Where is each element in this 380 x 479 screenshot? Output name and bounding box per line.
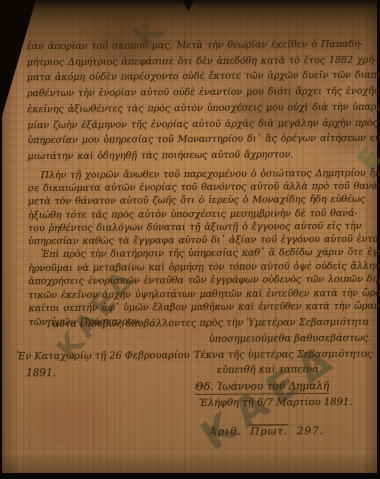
signature: Θδ. Ἰωάννου τοῦ Δημαλῆ (195, 380, 329, 395)
dateline-year: 1891. (26, 367, 56, 379)
received-note: Ἐλήφθη τῇ 6/7 Μαρτίου 1891. (199, 397, 352, 409)
scanned-letter-page: ΚΑΕΔ ΚΑΕΔ Κ Ε ἐὰν ἀπορίαν τοῦ σκοποῦ μας… (0, 0, 380, 479)
protocol-label: Ἀριθ. (209, 426, 242, 438)
body-line: μιωτάτην καὶ ὁδηγηθῇ τὰς ποιήσεως αὐτοῦ … (27, 146, 380, 164)
paragraph: ἐὰν ἀπορίαν τοῦ σκοποῦ μας. Μετὰ τὴν θεω… (27, 37, 380, 165)
addressee-line: εὐπειθῆ καὶ ταπεινὰ (217, 364, 319, 376)
protocol-value: 297. (297, 425, 324, 437)
letter-body: ἐὰν ἀπορίαν τοῦ σκοποῦ μας. Μετὰ τὴν θεω… (27, 37, 380, 330)
closing-submit-line: Ταῦτα εὐσεβῶς ὑποβάλλοντες πρὸς τὴν Ὑμετ… (46, 317, 370, 330)
body-line: ὑπηρεσίαν μου ὑπηρεσίας τοῦ Μοναστηρίου … (27, 131, 380, 149)
paragraph: Πλὴν τῇ χοιρῶν ἄνωθεν τοῦ παρεχομένου ὁ … (28, 166, 380, 248)
protocol-number-line: Ἀριθ. Πρωτ. 297. (209, 425, 324, 438)
addressee-line: Τέκνα τῆς ὑμετέρας Σεβασμιότητος (194, 349, 372, 361)
closing-respect-line: ὑποσημειούμεθα βαθυσεβάστως. (209, 333, 372, 345)
body-line: καίτοι σεπτὴν ἀφ᾽ ὑμῶν ἔλαβον μαθήκων κα… (28, 300, 380, 316)
handwriting-layer: ἐὰν ἀπορίαν τοῦ σκοποῦ μας. Μετὰ τὴν θεω… (0, 0, 380, 479)
dateline-place: Ἐν Καταχωρίῳ τῇ 26 Φεβρουαρίου (17, 350, 190, 362)
protocol-word: Πρωτ. (250, 425, 288, 437)
body-line: ἐκείνης ἀξιωθέντες τὰς πρὸς αὐτὸν ὑποσχέ… (27, 99, 380, 117)
